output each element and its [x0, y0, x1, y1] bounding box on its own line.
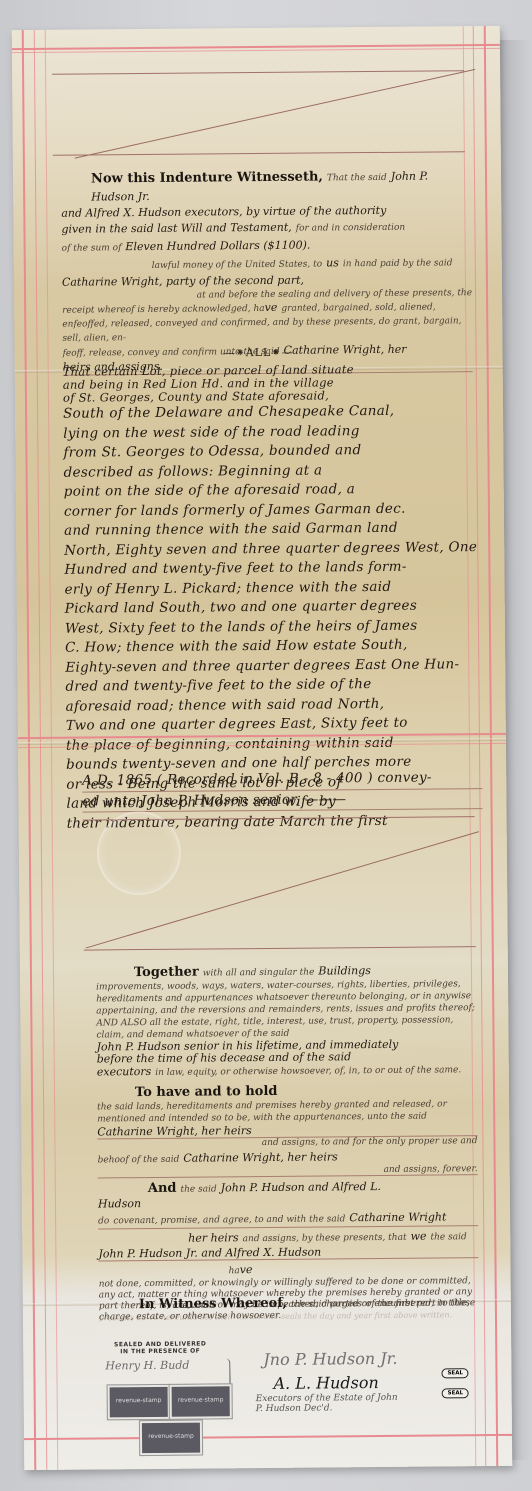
margin-rule-left-outer	[22, 30, 37, 1470]
section-divider-3	[84, 946, 476, 950]
property-description: That certain Lot, piece or parcel of lan…	[63, 362, 487, 834]
witness-heading: In Witness Whereof,	[139, 1296, 287, 1312]
revenue-stamp-icon: revenue-stamp	[170, 1384, 232, 1419]
embossed-seal	[97, 811, 182, 896]
consideration-amount: Eleven Hundred Dollars ($1100).	[125, 239, 310, 254]
description-line: North, Eighty seven and three quarter de…	[64, 538, 484, 561]
description-line: Eighty-seven and three quarter degrees E…	[65, 655, 485, 678]
together-heading: Together	[134, 965, 199, 981]
witness-signature: Henry H. Budd	[105, 1359, 189, 1373]
section-divider-1	[53, 151, 465, 156]
together-section: Together with all and singular the Build…	[96, 960, 477, 1079]
revenue-stamp-icon: revenue-stamp	[108, 1385, 170, 1420]
continuation-line: ed unto John P. Hudson senior, ———	[82, 789, 482, 813]
habendum-section: To have and to hold the said lands, here…	[97, 1080, 478, 1178]
seal-2: SEAL	[442, 1388, 470, 1398]
sealed-label: SEALED AND DELIVERED IN THE PRESENCE OF	[95, 1340, 225, 1355]
seal-1: SEAL	[441, 1368, 469, 1378]
signature-2: A. L. Hudson	[273, 1373, 378, 1393]
top-frame-line	[52, 70, 464, 75]
executor-note: Executors of the Estate of John P. Hudso…	[256, 1393, 398, 1414]
description-continuation: A.D. 1865 ( Recorded in Vol. B - 8 - 400…	[82, 768, 482, 812]
covenant-heading: And	[148, 1181, 177, 1196]
margin-rule-left-inner2	[45, 30, 59, 1470]
bottom-rule	[24, 1434, 512, 1440]
deed-document: Now this Indenture Witnesseth, That the …	[12, 26, 513, 1470]
witness-section: In Witness Whereof, the said parties of …	[99, 1292, 479, 1322]
revenue-stamp-icon: revenue-stamp	[140, 1421, 202, 1456]
margin-rule-left-inner	[34, 30, 48, 1470]
blank-diagonal-top	[75, 69, 475, 159]
habendum-heading: To have and to hold	[135, 1084, 278, 1100]
witnesseth-heading: Now this Indenture Witnesseth,	[91, 169, 323, 186]
signature-1: Jno P. Hudson Jr.	[263, 1349, 397, 1369]
